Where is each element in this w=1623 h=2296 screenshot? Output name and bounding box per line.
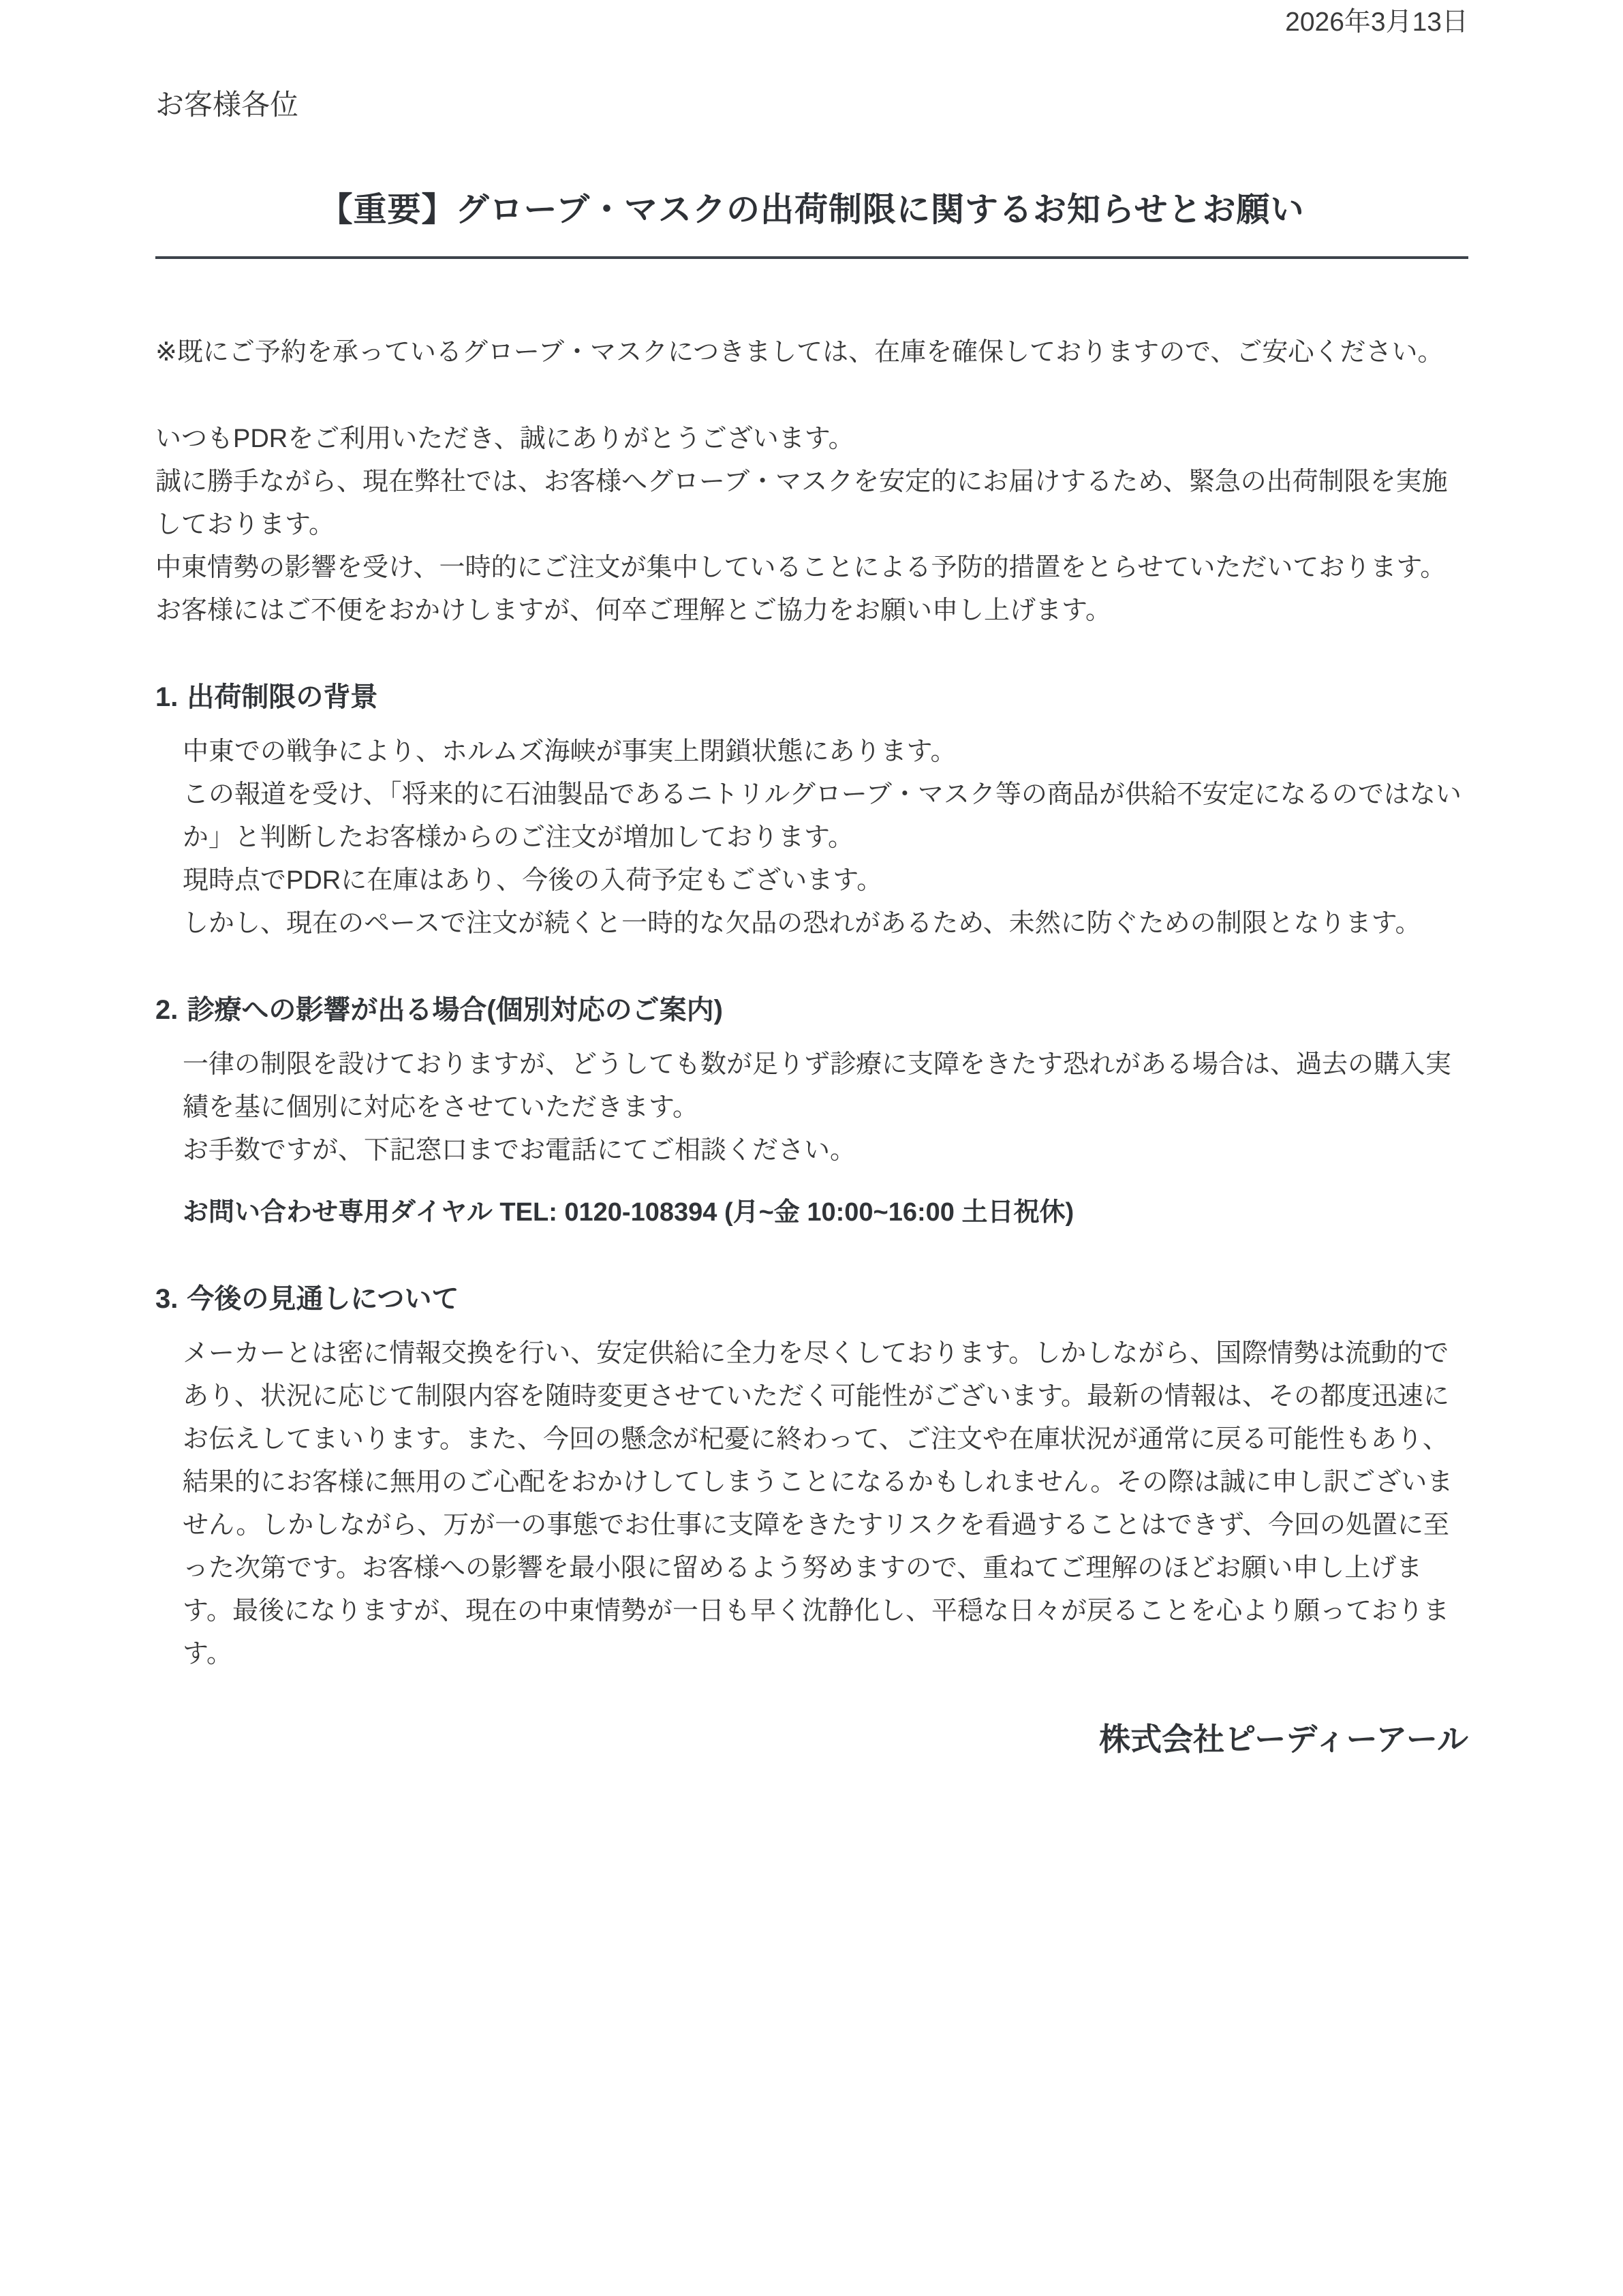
- intro-paragraph: いつもPDRをご利用いただき、誠にありがとうございます。誠に勝手ながら、現在弊社…: [155, 418, 1468, 632]
- text-line: 結果的にお客様に無用のご心配をおかけしてしまうことになるかもしれません。その際は…: [183, 1461, 1468, 1504]
- text-line: しかし、現在のペースで注文が続くと一時的な欠品の恐れがあるため、未然に防ぐための…: [183, 902, 1468, 945]
- text-line: お客様にはご不便をおかけしますが、何卒ご理解とご協力をお願い申し上げます。: [155, 590, 1468, 632]
- section-number: 2.: [155, 990, 178, 1030]
- section-title: 出荷制限の背景: [187, 677, 377, 717]
- section-title: 診療への影響が出る場合(個別対応のご案内): [187, 990, 723, 1030]
- section-number: 1.: [155, 677, 178, 717]
- text-line: 現時点でPDRに在庫はあり、今後の入荷予定もございます。: [183, 859, 1468, 902]
- section-heading: 2. 診療への影響が出る場合(個別対応のご案内): [155, 990, 1468, 1030]
- section-body: メーカーとは密に情報交換を行い、安定供給に全力を尽くしております。しかしながら、…: [183, 1332, 1468, 1676]
- text-line: す。: [183, 1633, 1468, 1676]
- text-line: この報道を受け、「将来的に石油製品であるニトリルグローブ・マスク等の商品が供給不…: [183, 774, 1468, 816]
- section-heading: 3. 今後の見通しについて: [155, 1279, 1468, 1319]
- text-line: か」と判断したお客様からのご注文が増加しております。: [183, 816, 1468, 859]
- text-line: お伝えしてまいります。また、今回の懸念が杞憂に終わって、ご注文や在庫状況が通常に…: [183, 1418, 1468, 1461]
- text-line: お手数ですが、下記窓口までお電話にてご相談ください。: [183, 1129, 1468, 1172]
- text-line: 中東での戦争により、ホルムズ海峡が事実上閉鎖状態にあります。: [183, 731, 1468, 774]
- text-line: せん。しかしながら、万が一の事態でお仕事に支障をきたすリスクを看過することはでき…: [183, 1504, 1468, 1547]
- text-line: す。最後になりますが、現在の中東情勢が一日も早く沈静化し、平穏な日々が戻ることを…: [183, 1590, 1468, 1633]
- salutation: お客様各位: [155, 86, 1468, 124]
- section-title: 今後の見通しについて: [187, 1279, 459, 1319]
- text-line: った次第です。お客様への影響を最小限に留めるよう努めますので、重ねてご理解のほど…: [183, 1547, 1468, 1590]
- text-line: 績を基に個別に対応をさせていただきます。: [183, 1086, 1468, 1129]
- title-divider: [155, 256, 1468, 259]
- text-line: いつもPDRをご利用いただき、誠にありがとうございます。: [155, 418, 1468, 461]
- section-body: 一律の制限を設けておりますが、どうしても数が足りず診療に支障をきたす恐れがある場…: [183, 1043, 1468, 1172]
- document-date: 2026年3月13日: [155, 5, 1468, 40]
- notice-document-page: 2026年3月13日 お客様各位 【重要】グローブ・マスクの出荷制限に関するお知…: [0, 0, 1623, 2296]
- section-background: 1. 出荷制限の背景 中東での戦争により、ホルムズ海峡が事実上閉鎖状態にあります…: [155, 677, 1468, 945]
- text-line: 誠に勝手ながら、現在弊社では、お客様へグローブ・マスクを安定的にお届けするため、…: [155, 461, 1468, 504]
- section-number: 3.: [155, 1279, 178, 1319]
- document-title: 【重要】グローブ・マスクの出荷制限に関するお知らせとお願い: [155, 188, 1468, 232]
- text-line: しております。: [155, 504, 1468, 547]
- section-outlook: 3. 今後の見通しについて メーカーとは密に情報交換を行い、安定供給に全力を尽く…: [155, 1279, 1468, 1676]
- reservation-notice: ※既にご予約を承っているグローブ・マスクにつきましては、在庫を確保しておりますの…: [155, 331, 1468, 374]
- section-heading: 1. 出荷制限の背景: [155, 677, 1468, 717]
- company-signature: 株式会社ピーディーアール: [155, 1718, 1468, 1760]
- text-line: あり、状況に応じて制限内容を随時変更させていただく可能性がございます。最新の情報…: [183, 1375, 1468, 1418]
- contact-phone-line: お問い合わせ専用ダイヤル TEL: 0120-108394 (月~金 10:00…: [183, 1191, 1468, 1234]
- text-line: 中東情勢の影響を受け、一時的にご注文が集中していることによる予防的措置をとらせて…: [155, 547, 1468, 590]
- section-body: 中東での戦争により、ホルムズ海峡が事実上閉鎖状態にあります。この報道を受け、「将…: [183, 731, 1468, 945]
- section-clinic-impact: 2. 診療への影響が出る場合(個別対応のご案内) 一律の制限を設けておりますが、…: [155, 990, 1468, 1234]
- text-line: メーカーとは密に情報交換を行い、安定供給に全力を尽くしております。しかしながら、…: [183, 1332, 1468, 1375]
- text-line: 一律の制限を設けておりますが、どうしても数が足りず診療に支障をきたす恐れがある場…: [183, 1043, 1468, 1086]
